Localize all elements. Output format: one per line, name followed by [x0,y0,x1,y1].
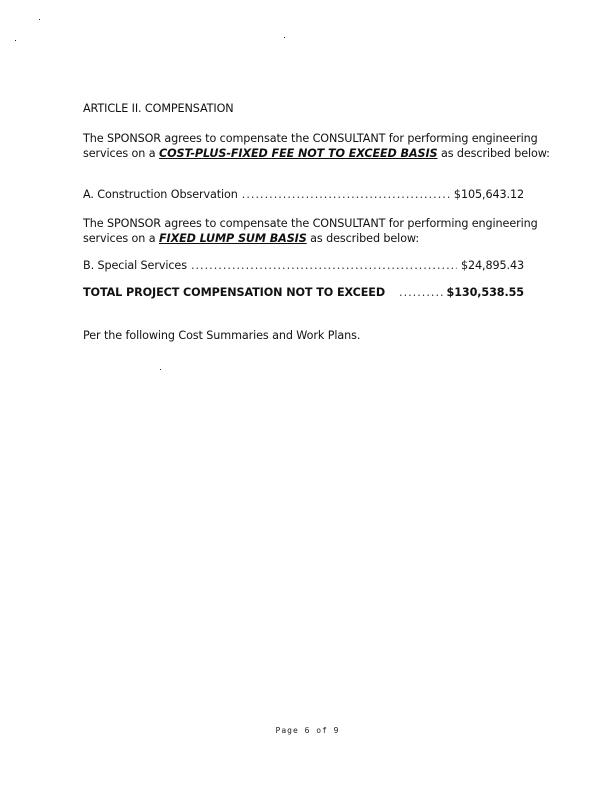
dot-leader [242,188,450,201]
scan-speck [284,37,285,38]
item-a-label: A. Construction Observation [83,188,238,201]
item-b-amount: $24,895.43 [461,259,524,272]
total-amount: $130,538.55 [447,286,524,299]
item-a-row: A. Construction Observation $105,643.12 [83,188,524,201]
paragraph-cost-plus-line2: services on a COST-PLUS-FIXED FEE NOT TO… [83,147,550,160]
cost-plus-basis: COST-PLUS-FIXED FEE NOT TO EXCEED BASIS [159,147,438,160]
item-b-label: B. Special Services [83,259,187,272]
paragraph-lump-sum-line1: The SPONSOR agrees to compensate the CON… [83,217,538,230]
item-b-row: B. Special Services $24,895.43 [83,259,524,272]
scan-speck [160,369,161,370]
paragraph-cost-plus-line1: The SPONSOR agrees to compensate the CON… [83,132,538,145]
article-heading: ARTICLE II. COMPENSATION [83,102,234,115]
total-label: TOTAL PROJECT COMPENSATION NOT TO EXCEED [83,286,385,299]
scan-speck [15,40,16,41]
scan-speck [39,19,40,20]
paragraph-lump-sum-line2: services on a FIXED LUMP SUM BASIS as de… [83,232,419,245]
dot-leader [191,259,457,272]
item-a-amount: $105,643.12 [454,188,524,201]
dot-leader [399,286,443,299]
lump-sum-basis: FIXED LUMP SUM BASIS [159,232,307,245]
total-row: TOTAL PROJECT COMPENSATION NOT TO EXCEED… [83,286,524,299]
page-number: Page 6 of 9 [0,726,615,735]
closing-note: Per the following Cost Summaries and Wor… [83,329,360,342]
